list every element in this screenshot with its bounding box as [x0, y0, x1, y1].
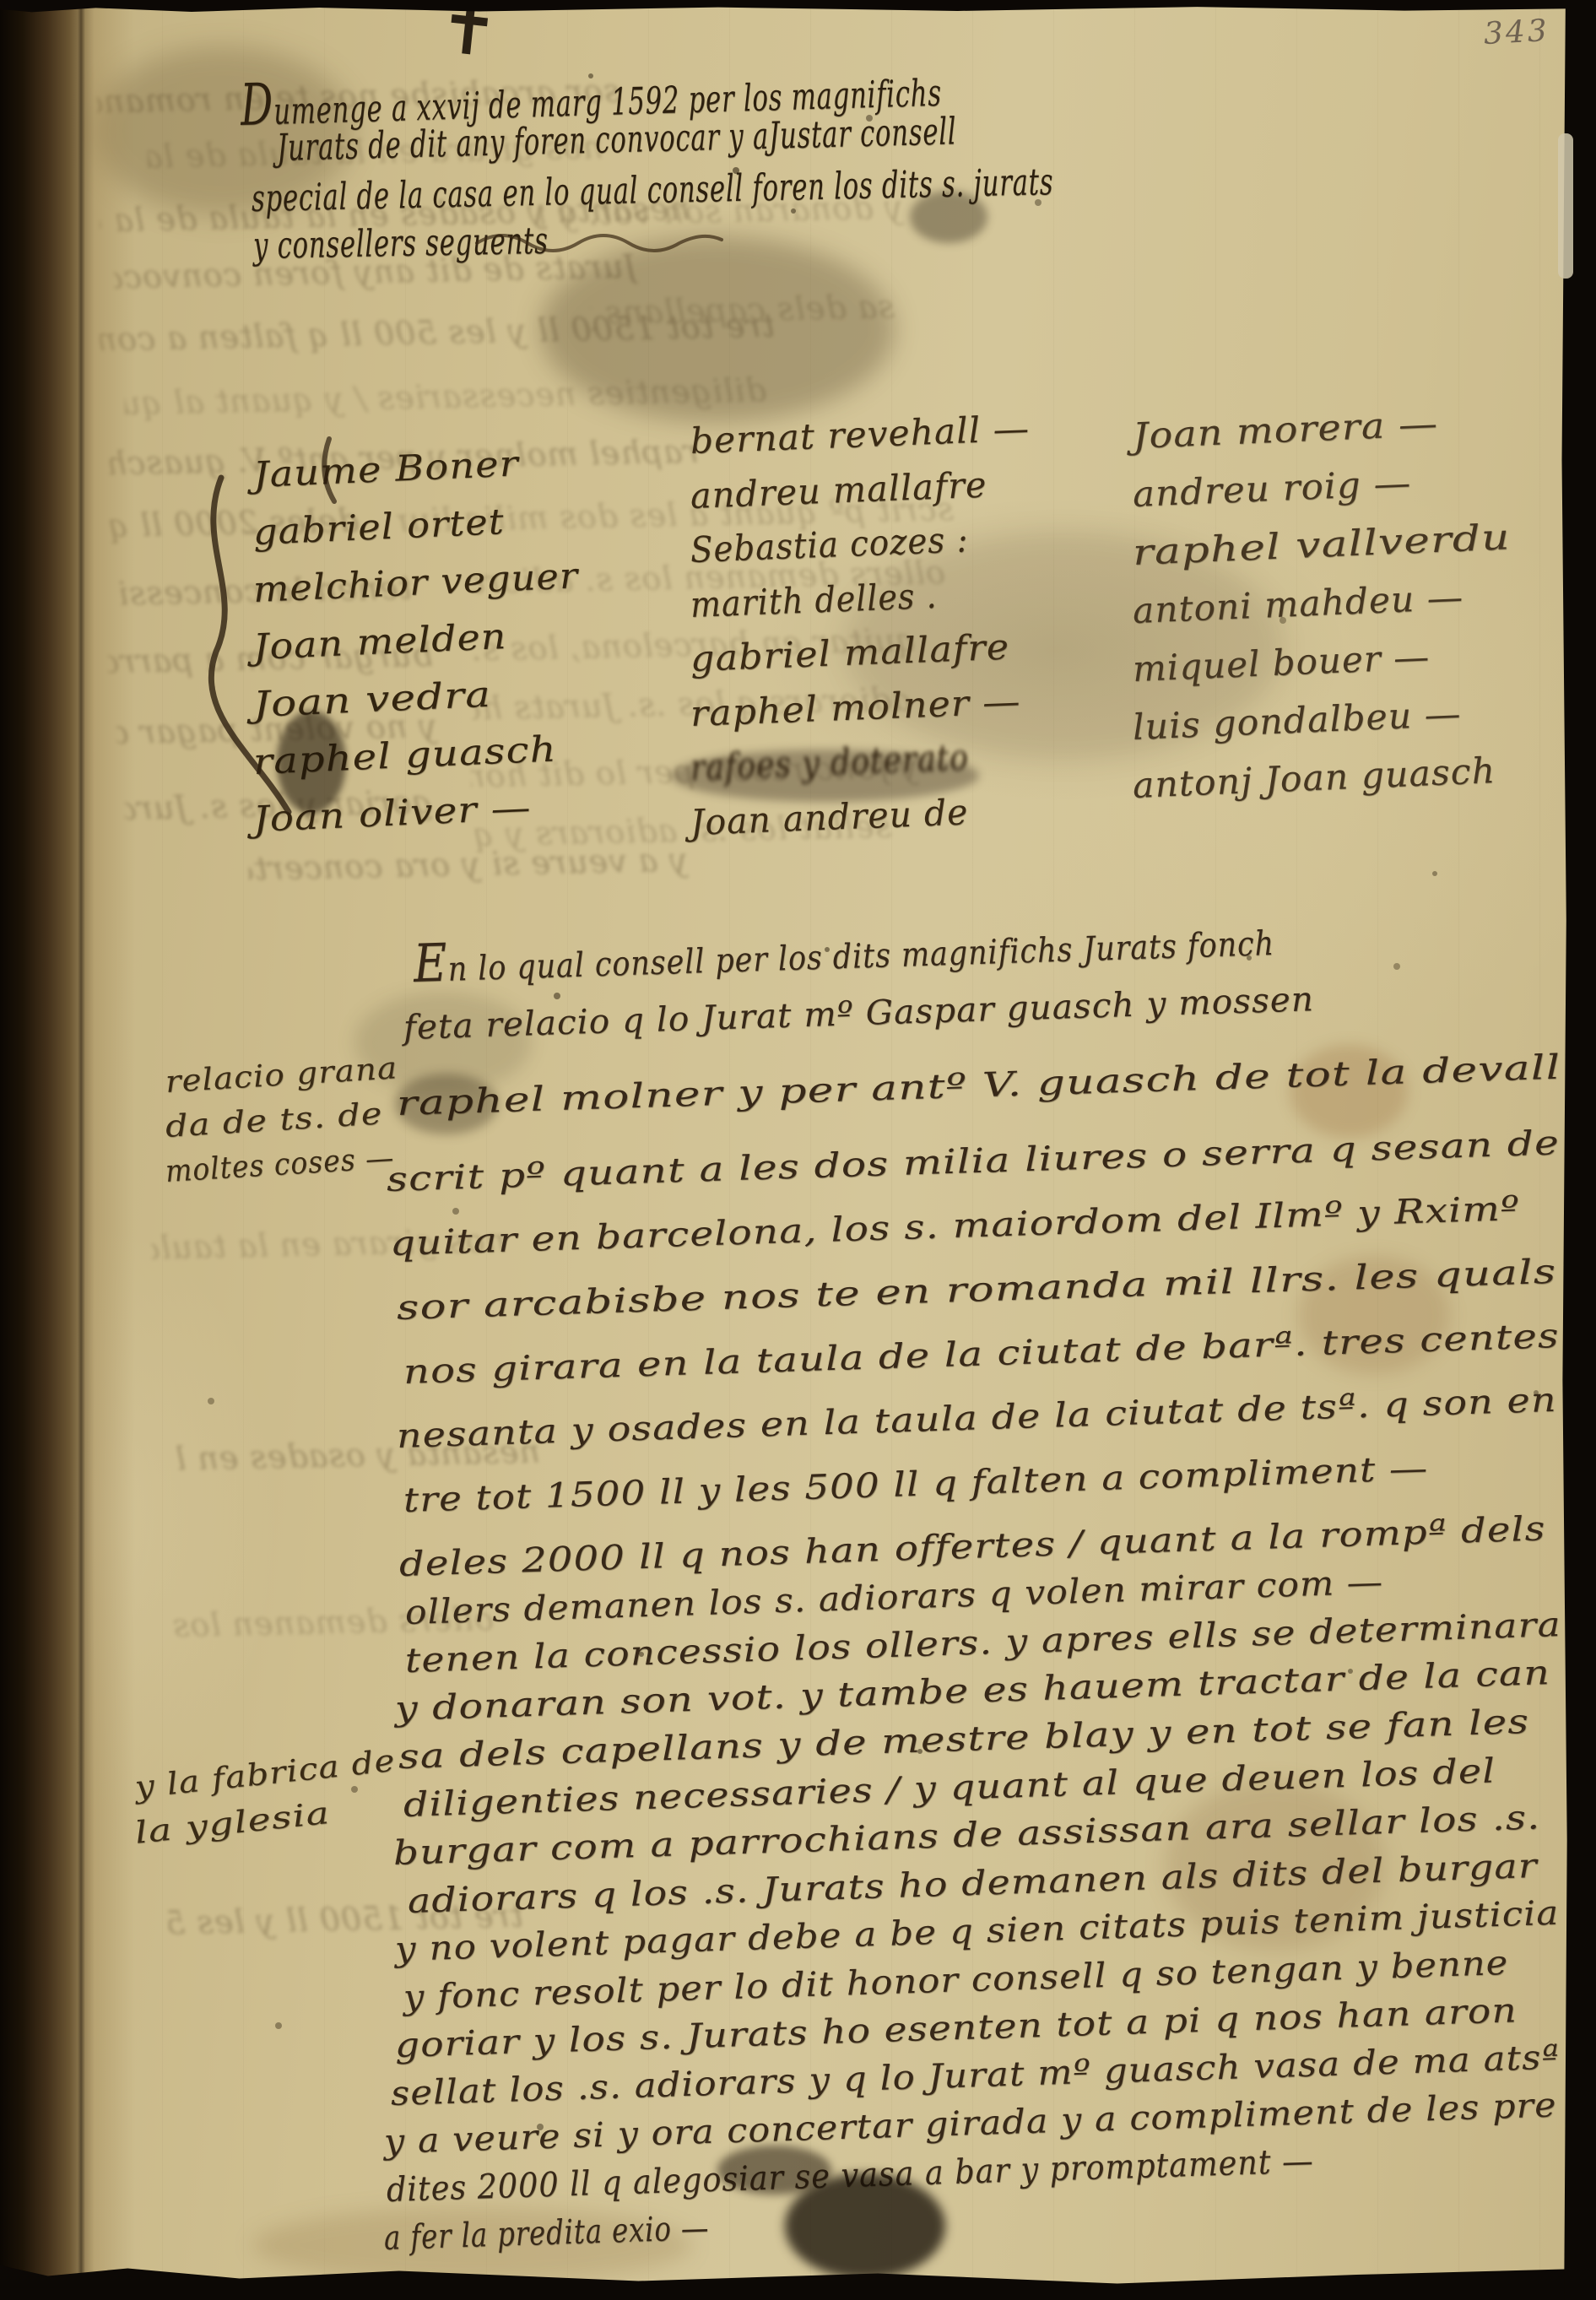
body-line: a fer la predita exio —: [383, 2209, 710, 2258]
attendee-name: Joan melden: [252, 615, 507, 668]
attendee-name: melchior veguer: [252, 555, 579, 610]
attendee-name: antonj Joan guasch: [1132, 750, 1496, 806]
attendee-name: bernat revehall —: [690, 408, 1031, 462]
scan-edge-right: [1559, 0, 1596, 2300]
margin-note-line: moltes coses —: [165, 1140, 396, 1189]
attendee-name: Joan vedra: [252, 674, 492, 725]
margin-note-line: relacio grana: [165, 1051, 399, 1100]
attendee-name: marith delles .: [690, 575, 938, 625]
attendee-name: andreu mallafre: [690, 464, 987, 517]
body-line: quitar en barcelona, los s. maiordom del…: [389, 1189, 1521, 1264]
body-line: tre tot 1500 ll y les 500 ll q falten a …: [403, 1449, 1429, 1520]
page-number: 343: [1483, 14, 1550, 51]
attendee-name: Joan morera —: [1132, 403, 1439, 457]
attendee-name: Sebastia cozes :: [690, 518, 969, 571]
bleedthrough-line: sa dels capellans y de mestre blay y en …: [590, 288, 895, 340]
book-binding-gutter: [0, 0, 135, 2300]
ink-stain: [540, 236, 895, 422]
body-line: sor arcabisbe nos te en romanda mil llrs…: [396, 1253, 1557, 1328]
heading-line: special de la casa en lo qual consell fo…: [251, 160, 1053, 220]
page-edge-tab: [1558, 133, 1573, 279]
scan-edge-bottom: [0, 2237, 1596, 2300]
bleedthrough-line: diligenties necessaries / y quant al que…: [125, 371, 767, 430]
body-line: nos girara en la taula de la ciutat de b…: [403, 1317, 1560, 1392]
attendee-name: Joan andreu de: [690, 791, 969, 843]
attendee-name: luis gondalbeu —: [1132, 693, 1462, 748]
attendee-name: raphel guasch: [252, 728, 558, 782]
attendee-name: andreu roig —: [1132, 462, 1412, 515]
attendee-name: Joan oliver —: [252, 787, 532, 840]
attendee-name: antoni mahdeu —: [1132, 576, 1464, 631]
attendee-name: gabriel mallafre: [690, 625, 1010, 679]
scan-edge-top: [0, 0, 1596, 15]
attendee-name: raphel molner —: [690, 680, 1021, 734]
attendee-name: raphel vallverdu: [1132, 516, 1511, 573]
heading-line: y consellers seguents: [253, 219, 549, 268]
margin-note-line: la yglesia: [133, 1796, 332, 1851]
margin-note-line: y la fabrica de: [133, 1744, 398, 1805]
body-line: raphel molner y per antº V. guasch de to…: [396, 1048, 1561, 1123]
manuscript-page: sor arcabisbe nos te en romanda mil llrs…: [0, 0, 1596, 2300]
attendee-name: miquel bouer —: [1132, 636, 1431, 690]
body-line: scrit pº quant a les dos milia liures o …: [386, 1123, 1560, 1199]
body-line: nesanta y osades en la taula de la ciuta…: [396, 1381, 1557, 1456]
body-line: En lo qual consell per los dits magnific…: [413, 906, 1275, 994]
margin-note-line: da de ts. de: [165, 1096, 384, 1145]
attendee-name: gabriel ortet: [252, 501, 506, 553]
bleedthrough-line: y a veure si y ora concertar girada y a …: [248, 842, 688, 896]
bleedthrough-line: tre tot 1500 ll y les 500 ll q falten a …: [100, 307, 776, 367]
attendee-name: Jaume Boner: [252, 442, 520, 495]
attendee-name: rafoes y doterato: [690, 736, 970, 788]
